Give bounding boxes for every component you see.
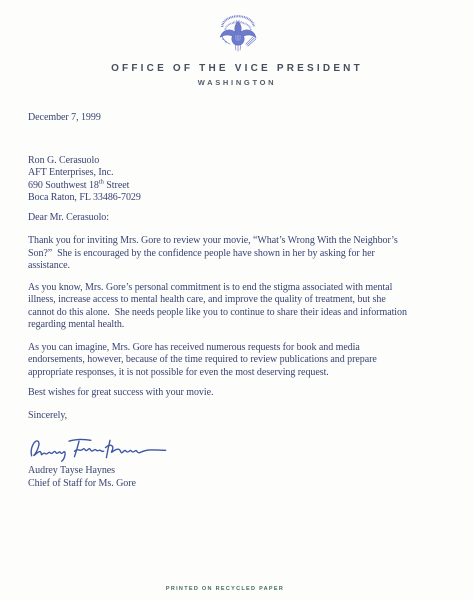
recycled-paper-note: PRINTED ON RECYCLED PAPER [0, 586, 462, 592]
recipient-name: Ron G. Cerasuolo [28, 155, 468, 168]
paragraph-commitment: As you know, Mrs. Gore’s personal commit… [28, 282, 468, 332]
vice-president-seal-icon [210, 6, 266, 56]
letter-date: December 7, 1999 [28, 112, 468, 125]
salutation: Dear Mr. Cerasuolo: [28, 212, 468, 225]
paragraph-thank-you: Thank you for inviting Mrs. Gore to revi… [28, 235, 468, 273]
paragraph-best-wishes: Best wishes for great success with your … [28, 387, 468, 400]
recipient-city-state-zip: Boca Raton, FL 33486-7029 [28, 192, 468, 205]
closing: Sincerely, [28, 410, 468, 423]
letterhead-city-line: WASHINGTON [0, 78, 474, 87]
handwritten-signature [25, 433, 175, 464]
scanned-letter-page: OFFICE OF THE VICE PRESIDENT WASHINGTON … [0, 0, 474, 600]
street-number-text: 690 Southwest 18 [28, 180, 99, 191]
street-suffix-text: Street [104, 180, 129, 191]
signed-title: Chief of Staff for Ms. Gore [28, 478, 468, 491]
recipient-address: Ron G. Cerasuolo AFT Enterprises, Inc. 6… [28, 155, 468, 205]
signed-name: Audrey Tayse Haynes [28, 465, 468, 478]
letter-body: December 7, 1999 Ron G. Cerasuolo AFT En… [28, 112, 468, 490]
recipient-company: AFT Enterprises, Inc. [28, 167, 468, 180]
recipient-street: 690 Southwest 18th Street [28, 180, 468, 193]
letterhead-office-line: OFFICE OF THE VICE PRESIDENT [0, 63, 474, 74]
paragraph-requests: As you can imagine, Mrs. Gore has receiv… [28, 342, 468, 380]
